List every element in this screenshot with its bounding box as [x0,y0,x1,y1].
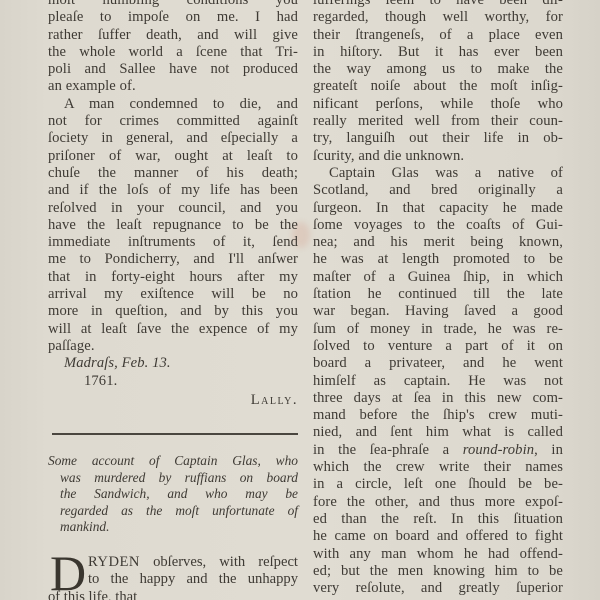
text-line: ſum of money in trade, he was re- [313,321,563,338]
text-line: reſolved in your council, and you [48,200,298,217]
text-line: he was at length promoted to be [313,251,563,268]
text-line: nea; and his merit being known, [313,234,563,251]
text-line: not for crimes committed againſt [48,113,298,130]
article-opening: D RYDEN obſerves, with reſpect to the ha… [48,554,298,600]
italic-term: round-robin [463,442,534,458]
text-line: ſociety in general, and eſpecially a [48,130,298,147]
text-line: me to Pondicherry, and I'll anſwer [48,251,298,268]
text-line: which the crew write their names [313,459,563,476]
text-line: an example of. [48,78,298,95]
text-line: himſelf as captain. He was not [313,373,563,390]
text-line: ſcurity, and die unknown. [313,148,563,165]
opening-caps: RYDEN [88,554,140,570]
text-line: nificant perſons, while thoſe who [313,96,563,113]
text-line: ed; but the men knowing him to be [313,563,563,580]
text-line: really merited well from their coun- [313,113,563,130]
text-line: more in queſtion, and by this you [48,303,298,320]
section-divider [52,433,298,435]
text-line: regarded, though well worthy, for [313,9,563,26]
text-line: arrival my exiſtence will be no [48,286,298,303]
text-line: try, languiſh out their life in ob- [313,130,563,147]
signoff-year: 1761. [48,373,298,390]
drop-cap: D [50,548,86,598]
text-line: A man condemned to die, and [48,96,298,113]
text-line: their ſtrangeneſs, of a place even [313,27,563,44]
text-line: ſurgeon. In that capacity he made [313,200,563,217]
text-line: Captain Glas was a native of [313,165,563,182]
text-line: moſt humbling conditions you [48,0,298,9]
text-line: immediate inſtruments of it, ſend [48,234,298,251]
heading-line: mankind. [48,519,298,536]
text-line: mand before the ſhip's crew muti- [313,407,563,424]
text-line: Scotland, and bred originally a [313,182,563,199]
article-heading: Some account of Captain Glas, who was mu… [48,453,298,536]
text-line: ſtation he continued till the late [313,286,563,303]
text-line: rather ſuffer death, and will give [48,27,298,44]
text-segment: , in [534,442,563,458]
text-line: will at leaſt ſave the expence of my [48,321,298,338]
text-line: three days at ſea in this new com- [313,390,563,407]
signoff-place-date: Madraſs, Feb. 13. [48,355,298,372]
scanned-magazine-page: moſt humbling conditions you pleaſe to i… [0,0,600,600]
text-line: paſſage. [48,338,298,355]
text-line: ſufferings ſeem to have been diſ- [313,0,563,9]
text-line: nied, and ſent him what is called [313,424,563,441]
text-line: greateſt noiſe about the moſt inſig- [313,78,563,95]
text-segment: in the ſea-phraſe a [313,442,463,458]
text-line: and if the loſs of my life has been [48,182,298,199]
text-line: board a privateer, and he went [313,355,563,372]
text-line: he came on board and offered to fight [313,528,563,545]
left-column: moſt humbling conditions you pleaſe to i… [48,0,298,409]
text-line: ſolved to venture a part of it on [313,338,563,355]
text-line: in hiſtory. But it has ever been [313,44,563,61]
heading-line: regarded as the moſt unfortunate of [48,503,298,520]
text-line: have the leaſt repugnance to be the [48,217,298,234]
text-line: maſter of a Guinea ſhip, in which [313,269,563,286]
text-line: the whole world a ſcene that Tri- [48,44,298,61]
text-line: chuſe the manner of his death; [48,165,298,182]
signoff-name: Lally. [48,392,298,409]
text-line: war began. Having ſaved a good [313,303,563,320]
opening-rest: obſerves, with reſpect [140,554,298,570]
text-line: that in forty-eight hours after my [48,269,298,286]
heading-line: the Sandwich, and who may be [48,486,298,503]
text-line: the way among us to make the [313,61,563,78]
text-line: fore the other, and thus more expoſ- [313,494,563,511]
text-line: ed than the reſt. In this ſituation [313,511,563,528]
text-line: in a circle, leſt one ſhould be be- [313,476,563,493]
text-line: priſoner of war, ought at leaſt to [48,148,298,165]
text-line: pleaſe to impoſe on me. I had [48,9,298,26]
heading-line: was murdered by ruffians on board [48,470,298,487]
text-line: ſome voyages to the coaſts of Gui- [313,217,563,234]
text-line: poli and Sallee have not produced [48,61,298,78]
heading-line: Some account of Captain Glas, who [48,453,298,470]
text-line-round-robin: in the ſea-phraſe a round-robin, in [313,442,563,459]
text-line: very reſolute, and greatly ſuperior [313,580,563,597]
text-line: with any man whom he had offend- [313,546,563,563]
right-column: ſufferings ſeem to have been diſ- regard… [313,0,563,597]
